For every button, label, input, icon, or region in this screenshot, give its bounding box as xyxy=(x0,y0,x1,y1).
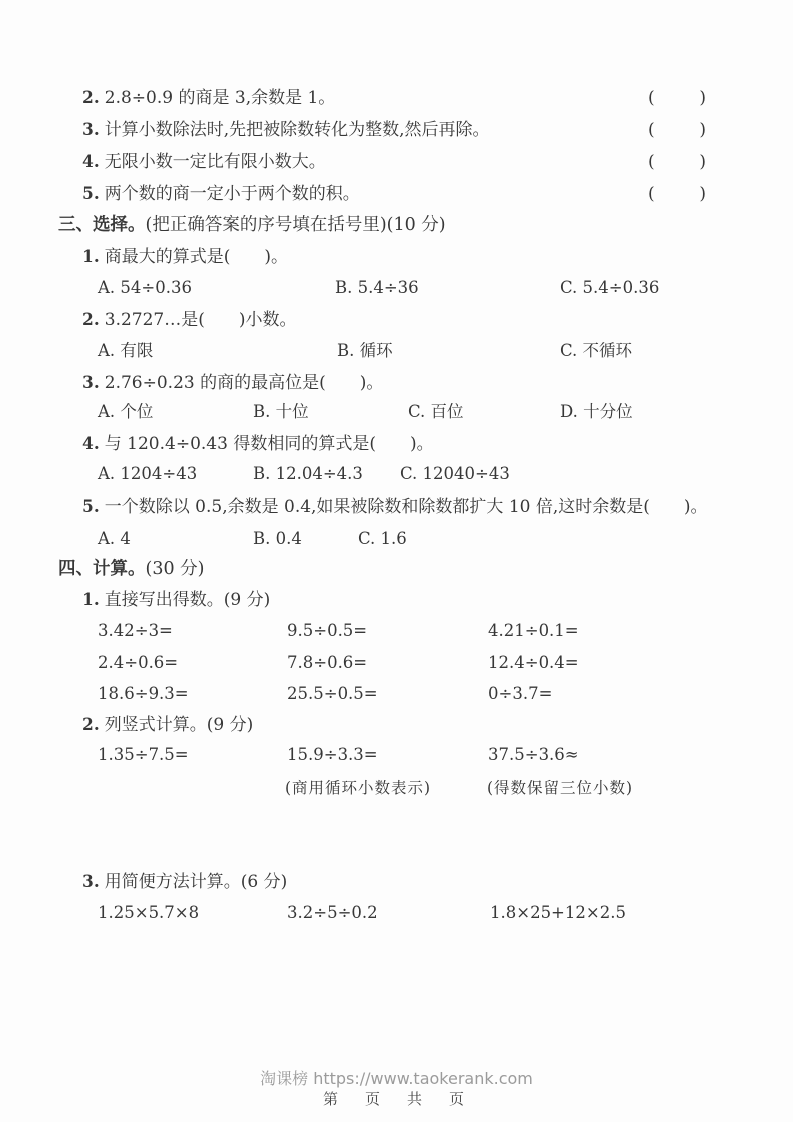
answer-bracket: () xyxy=(648,119,706,141)
question-number: 1. xyxy=(82,247,100,267)
item-number: 4. xyxy=(82,152,100,172)
calc-part1-row-3: 18.6÷9.3= 25.5÷0.5= 0÷3.7= xyxy=(0,683,793,707)
option-b: B. 0.4 xyxy=(253,528,302,550)
problem: 1.35÷7.5= xyxy=(98,744,189,766)
page-number-line: 第 页 共 页 xyxy=(0,1088,793,1109)
problem: 3.42÷3= xyxy=(98,620,173,642)
option-d: D. 十分位 xyxy=(560,401,633,423)
option-a: A. 4 xyxy=(98,528,131,550)
calc-part3-row: 1.25×5.7×8 3.2÷5÷0.2 1.8×25+12×2.5 xyxy=(0,902,793,926)
option-a: A. 54÷0.36 xyxy=(98,277,192,299)
part-number: 1. xyxy=(82,590,100,610)
option-c: C. 5.4÷0.36 xyxy=(560,277,659,299)
calc-part1-row-2: 2.4÷0.6= 7.8÷0.6= 12.4÷0.4= xyxy=(0,652,793,676)
option-c: C. 不循环 xyxy=(560,340,632,362)
section-number: 四、 xyxy=(58,559,93,579)
problem: 37.5÷3.6≈ xyxy=(488,744,579,766)
section-number: 三、 xyxy=(58,215,93,235)
problem: 2.4÷0.6= xyxy=(98,652,178,674)
calc-part1-label: 1.直接写出得数。(9 分) xyxy=(82,589,270,611)
problem: 1.25×5.7×8 xyxy=(98,902,199,924)
bracket-open: ( xyxy=(648,151,655,173)
choice-question-1: 1.商最大的算式是( )。 xyxy=(82,246,288,268)
bracket-open: ( xyxy=(648,119,655,141)
section-title: 计算。 xyxy=(93,559,146,579)
judgment-item-2: 2.2.8÷0.9 的商是 3,余数是 1。 xyxy=(82,87,335,109)
section-choice-heading: 三、选择。(把正确答案的序号填在括号里)(10 分) xyxy=(58,214,446,236)
question-number: 2. xyxy=(82,310,100,330)
answer-bracket: () xyxy=(648,87,706,109)
answer-bracket: () xyxy=(648,183,706,205)
option-c: C. 12040÷43 xyxy=(400,463,510,485)
option-a: A. 1204÷43 xyxy=(98,463,197,485)
section-title: 选择。 xyxy=(93,215,146,235)
calc-part3-label: 3.用简便方法计算。(6 分) xyxy=(82,871,287,893)
choice-question-2: 2.3.2727…是( )小数。 xyxy=(82,309,297,331)
item-number: 2. xyxy=(82,88,100,108)
item-text: 计算小数除法时,先把被除数转化为整数,然后再除。 xyxy=(105,120,490,140)
question-number: 4. xyxy=(82,434,100,454)
option-b: B. 十位 xyxy=(253,401,309,423)
question-text: 商最大的算式是( )。 xyxy=(105,247,288,267)
item-number: 3. xyxy=(82,120,100,140)
bracket-close: ) xyxy=(699,87,706,109)
problem-note: (得数保留三位小数) xyxy=(487,777,633,799)
problem: 25.5÷0.5= xyxy=(287,683,378,705)
option-c: C. 1.6 xyxy=(358,528,407,550)
item-number: 5. xyxy=(82,184,100,204)
problem: 3.2÷5÷0.2 xyxy=(287,902,378,924)
item-text: 无限小数一定比有限小数大。 xyxy=(105,152,326,172)
answer-bracket: () xyxy=(648,151,706,173)
option-a: A. 有限 xyxy=(98,340,153,362)
part-number: 2. xyxy=(82,715,100,735)
choice-question-5: 5.一个数除以 0.5,余数是 0.4,如果被除数和除数都扩大 10 倍,这时余… xyxy=(82,496,708,518)
bracket-close: ) xyxy=(699,119,706,141)
question-text: 一个数除以 0.5,余数是 0.4,如果被除数和除数都扩大 10 倍,这时余数是… xyxy=(105,497,708,517)
calc-part2-row: 1.35÷7.5= 15.9÷3.3= 37.5÷3.6≈ xyxy=(0,744,793,768)
bracket-close: ) xyxy=(699,183,706,205)
item-text: 2.8÷0.9 的商是 3,余数是 1。 xyxy=(105,88,336,108)
judgment-item-3: 3.计算小数除法时,先把被除数转化为整数,然后再除。 xyxy=(82,119,490,141)
problem: 1.8×25+12×2.5 xyxy=(490,902,626,924)
choice-question-4: 4.与 120.4÷0.43 得数相同的算式是( )。 xyxy=(82,433,434,455)
choice-options-5: A. 4 B. 0.4 C. 1.6 xyxy=(0,528,793,552)
problem-note: (商用循环小数表示) xyxy=(285,777,431,799)
part-label: 列竖式计算。(9 分) xyxy=(105,715,253,735)
bracket-open: ( xyxy=(648,87,655,109)
exam-page: 2.2.8÷0.9 的商是 3,余数是 1。 () 3.计算小数除法时,先把被除… xyxy=(0,0,793,1122)
question-number: 3. xyxy=(82,373,100,393)
bracket-open: ( xyxy=(648,183,655,205)
calc-part1-row-1: 3.42÷3= 9.5÷0.5= 4.21÷0.1= xyxy=(0,620,793,644)
part-number: 3. xyxy=(82,872,100,892)
problem: 15.9÷3.3= xyxy=(287,744,378,766)
choice-options-4: A. 1204÷43 B. 12.04÷4.3 C. 12040÷43 xyxy=(0,463,793,487)
question-text: 3.2727…是( )小数。 xyxy=(105,310,297,330)
problem: 9.5÷0.5= xyxy=(287,620,367,642)
option-b: B. 循环 xyxy=(337,340,393,362)
judgment-item-5: 5.两个数的商一定小于两个数的积。 xyxy=(82,183,360,205)
calc-part2-notes: (商用循环小数表示) (得数保留三位小数) xyxy=(0,777,793,801)
choice-options-3: A. 个位 B. 十位 C. 百位 D. 十分位 xyxy=(0,401,793,425)
problem: 0÷3.7= xyxy=(488,683,552,705)
problem: 18.6÷9.3= xyxy=(98,683,189,705)
choice-options-2: A. 有限 B. 循环 C. 不循环 xyxy=(0,340,793,364)
problem: 4.21÷0.1= xyxy=(488,620,579,642)
question-text: 2.76÷0.23 的商的最高位是( )。 xyxy=(105,373,384,393)
calc-part2-label: 2.列竖式计算。(9 分) xyxy=(82,714,253,736)
section-note: (30 分) xyxy=(146,559,205,579)
choice-options-1: A. 54÷0.36 B. 5.4÷36 C. 5.4÷0.36 xyxy=(0,277,793,301)
option-b: B. 5.4÷36 xyxy=(335,277,419,299)
choice-question-3: 3.2.76÷0.23 的商的最高位是( )。 xyxy=(82,372,383,394)
part-label: 用简便方法计算。(6 分) xyxy=(105,872,287,892)
watermark-text: 淘课榜 https://www.taokerank.com xyxy=(0,1066,793,1089)
part-label: 直接写出得数。(9 分) xyxy=(105,590,270,610)
judgment-item-4: 4.无限小数一定比有限小数大。 xyxy=(82,151,326,173)
option-a: A. 个位 xyxy=(98,401,153,423)
question-number: 5. xyxy=(82,497,100,517)
problem: 12.4÷0.4= xyxy=(488,652,579,674)
option-c: C. 百位 xyxy=(408,401,464,423)
section-calculation-heading: 四、计算。(30 分) xyxy=(58,558,205,580)
problem: 7.8÷0.6= xyxy=(287,652,367,674)
bracket-close: ) xyxy=(699,151,706,173)
section-note: (把正确答案的序号填在括号里)(10 分) xyxy=(146,215,446,235)
option-b: B. 12.04÷4.3 xyxy=(253,463,363,485)
item-text: 两个数的商一定小于两个数的积。 xyxy=(105,184,360,204)
question-text: 与 120.4÷0.43 得数相同的算式是( )。 xyxy=(105,434,434,454)
